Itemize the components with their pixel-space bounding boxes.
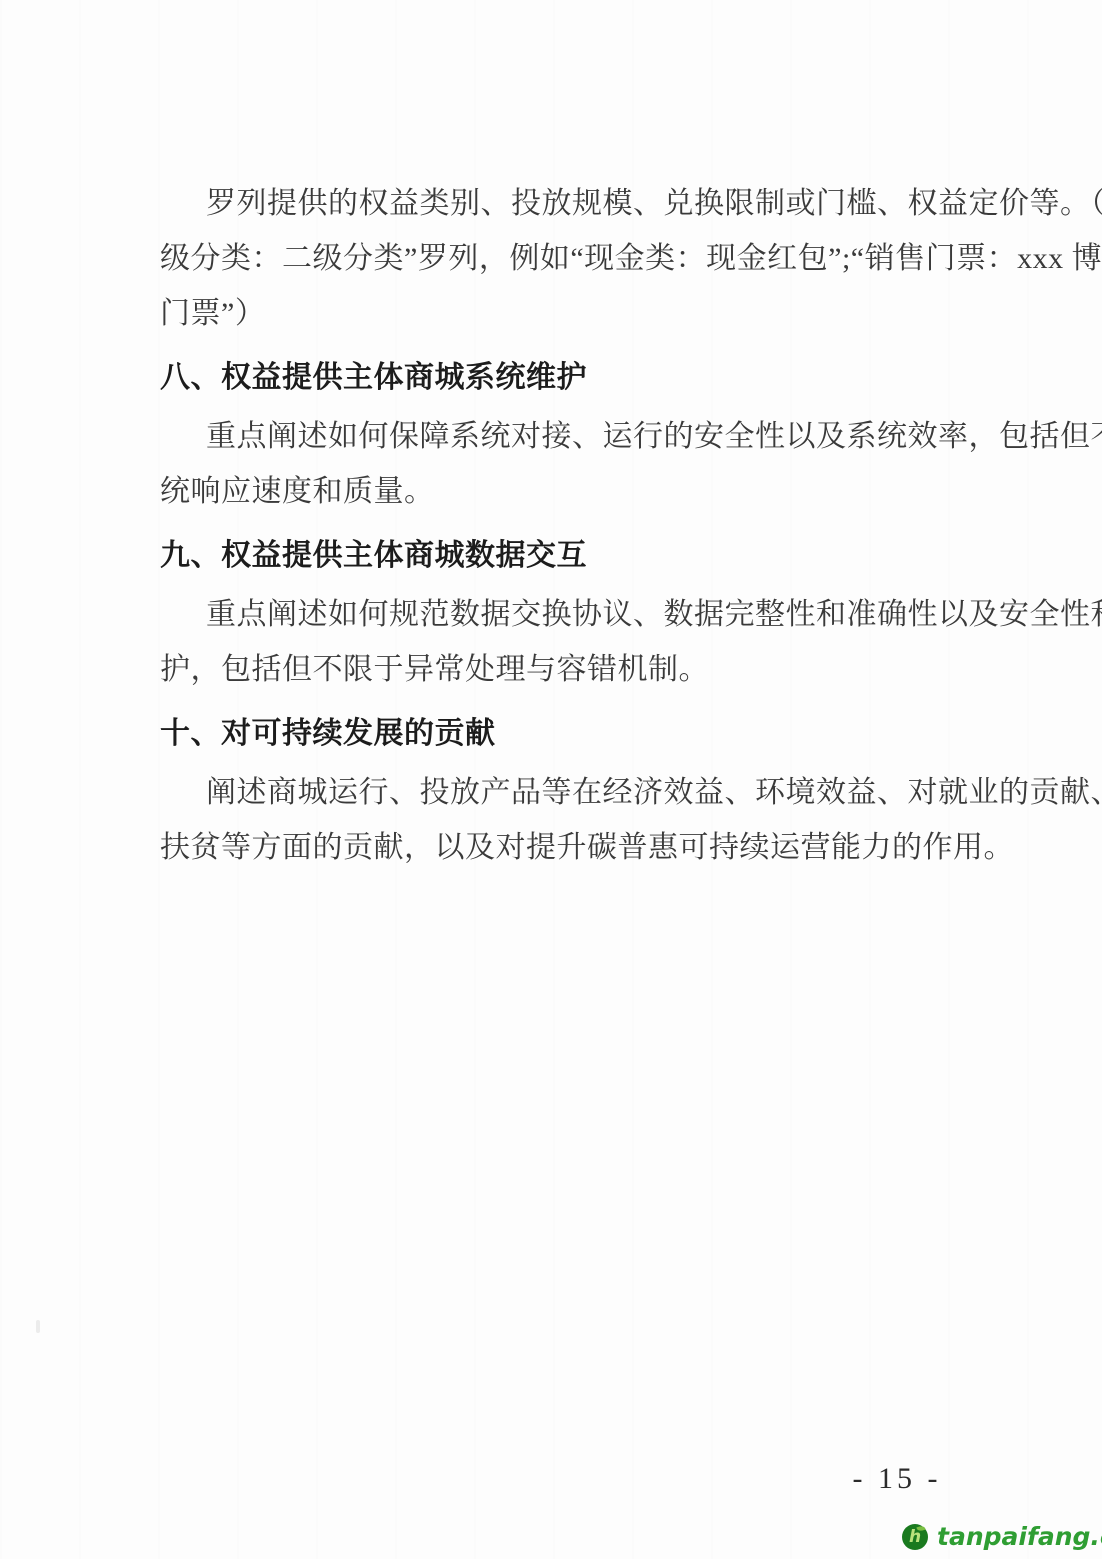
text-line: 阐述商城运行、投放产品等在经济效益、环境效益、对就业的贡献、教育和	[160, 765, 938, 820]
section-heading: 十、对可持续发展的贡献	[160, 706, 938, 761]
document-text-block: 罗列提供的权益类别、投放规模、兑换限制或门槛、权益定价等。（按照“一 级分类：二…	[160, 176, 938, 875]
intro-paragraph: 罗列提供的权益类别、投放规模、兑换限制或门槛、权益定价等。（按照“一 级分类：二…	[160, 176, 938, 341]
text-line: 门票”）	[160, 286, 938, 341]
text-line: 罗列提供的权益类别、投放规模、兑换限制或门槛、权益定价等。（按照“一	[160, 176, 938, 231]
watermark-text: tanpaifang.com	[937, 1524, 1102, 1550]
section-body: 重点阐述如何规范数据交换协议、数据完整性和准确性以及安全性和隐私保 护，包括但不…	[160, 587, 938, 697]
text-line: 护，包括但不限于异常处理与容错机制。	[160, 642, 938, 697]
text-line: 扶贫等方面的贡献，以及对提升碳普惠可持续运营能力的作用。	[160, 820, 938, 875]
section-heading: 八、权益提供主体商城系统维护	[160, 350, 938, 405]
watermark: h tanpaifang.com	[902, 1524, 1102, 1550]
section-8: 八、权益提供主体商城系统维护 重点阐述如何保障系统对接、运行的安全性以及系统效率…	[160, 350, 938, 519]
section-9: 九、权益提供主体商城数据交互 重点阐述如何规范数据交换协议、数据完整性和准确性以…	[160, 528, 938, 697]
section-heading: 九、权益提供主体商城数据交互	[160, 528, 938, 583]
section-body: 阐述商城运行、投放产品等在经济效益、环境效益、对就业的贡献、教育和 扶贫等方面的…	[160, 765, 938, 875]
logo-letter: h	[909, 1529, 921, 1546]
text-line: 级分类：二级分类”罗列，例如“现金类：现金红包”;“销售门票：xxx 博物馆	[160, 231, 938, 286]
section-body: 重点阐述如何保障系统对接、运行的安全性以及系统效率，包括但不限于系 统响应速度和…	[160, 409, 938, 519]
text-line: 重点阐述如何保障系统对接、运行的安全性以及系统效率，包括但不限于系	[160, 409, 938, 464]
text-line: 统响应速度和质量。	[160, 464, 938, 519]
document-page: 罗列提供的权益类别、投放规模、兑换限制或门槛、权益定价等。（按照“一 级分类：二…	[0, 0, 1102, 1559]
page-number: - 15 -	[852, 1462, 942, 1496]
scan-artifact	[36, 1320, 40, 1333]
text-line: 重点阐述如何规范数据交换协议、数据完整性和准确性以及安全性和隐私保	[160, 587, 938, 642]
tanpaifang-logo-icon: h	[902, 1524, 928, 1550]
section-10: 十、对可持续发展的贡献 阐述商城运行、投放产品等在经济效益、环境效益、对就业的贡…	[160, 706, 938, 875]
